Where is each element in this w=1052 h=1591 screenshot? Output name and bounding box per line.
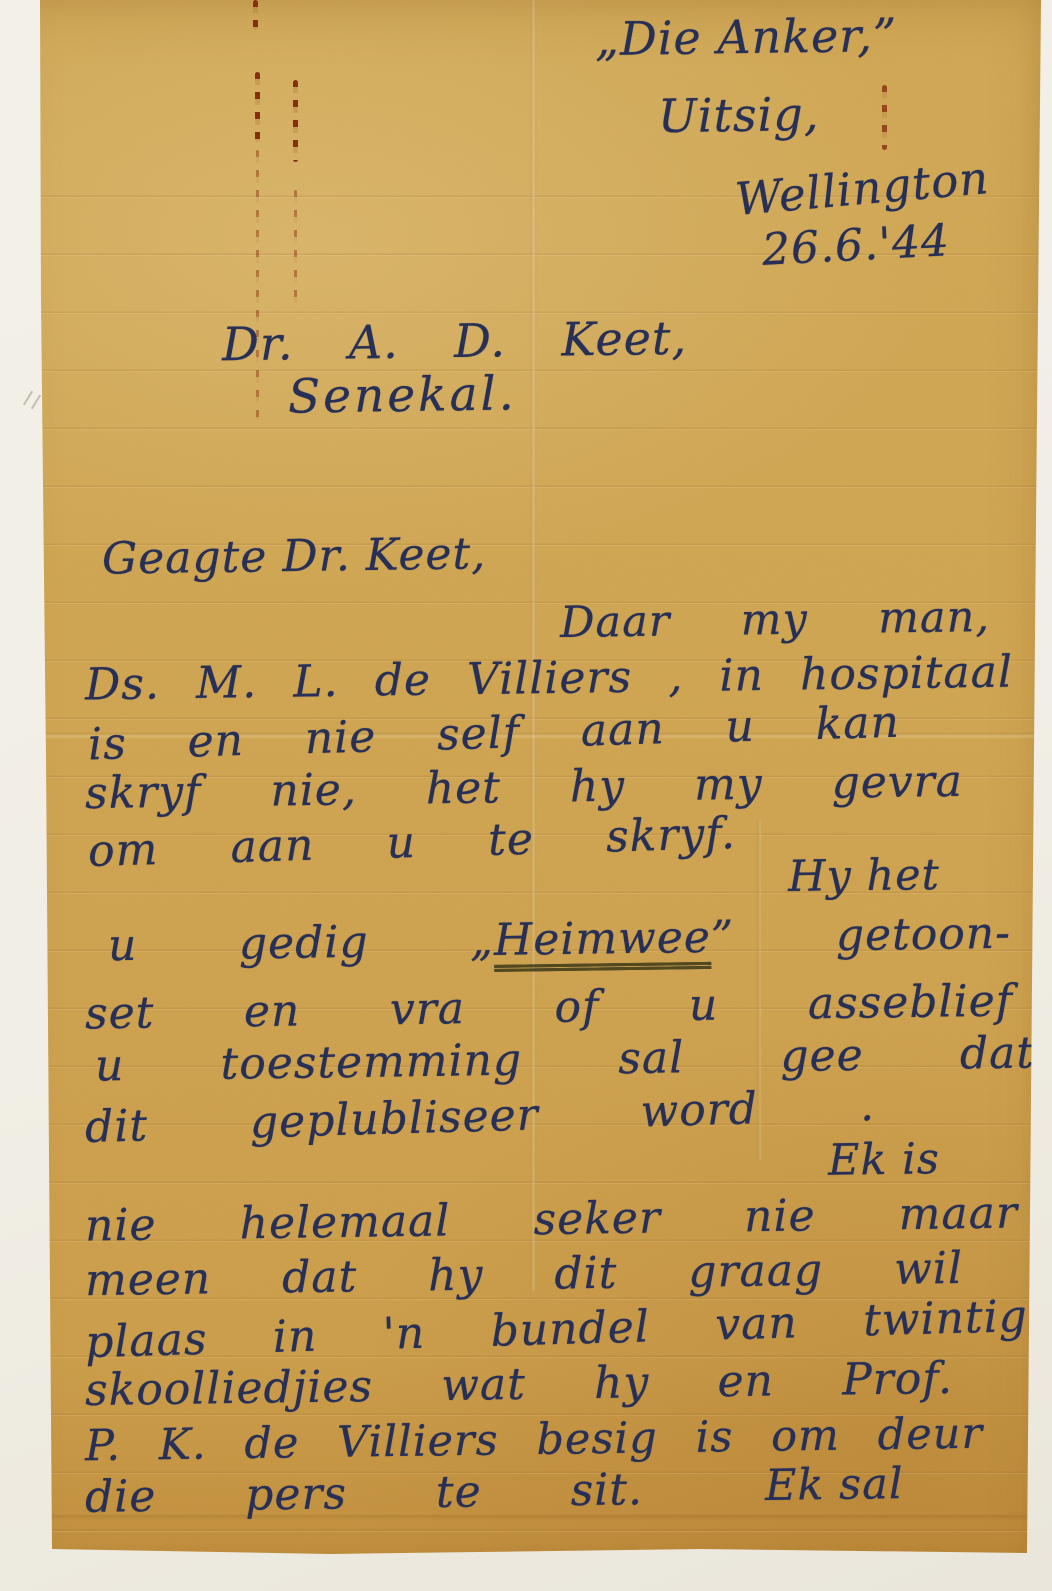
letter-body-line: Ek is	[828, 1136, 941, 1185]
heimwee-before: u gedig „	[108, 915, 495, 971]
letter-body-line: die pers te sit.	[85, 1466, 644, 1522]
letter-body-line: Ek sal	[765, 1461, 904, 1510]
letter-paper: „Die Anker,” Uitsig, Wellington 26.6.'44…	[0, 0, 1052, 1591]
rust-stain	[294, 190, 297, 310]
heimwee-underlined-word: Heimwee	[494, 912, 712, 966]
letter-locality: Uitsig,	[658, 89, 820, 142]
recipient-town: Senekal.	[288, 368, 517, 423]
heimwee-after: ” getoon-	[710, 908, 1011, 963]
letter-house-name: „Die Anker,”	[595, 10, 898, 65]
recipient-name: Dr. A. D. Keet,	[222, 313, 688, 370]
salutation: Geagte Dr. Keet,	[102, 530, 487, 584]
rust-stain	[293, 80, 298, 162]
margin-pencil-mark	[27, 390, 45, 412]
rust-stain	[882, 85, 887, 150]
scanned-letter-page: „Die Anker,” Uitsig, Wellington 26.6.'44…	[0, 0, 1052, 1591]
letter-body-line: Daar my man,	[560, 594, 991, 647]
rust-stain	[256, 150, 259, 420]
rust-stain	[253, 0, 258, 30]
letter-date: 26.6.'44	[761, 217, 951, 275]
letter-body-line: Hy het	[788, 852, 941, 901]
rust-stain	[255, 72, 260, 142]
